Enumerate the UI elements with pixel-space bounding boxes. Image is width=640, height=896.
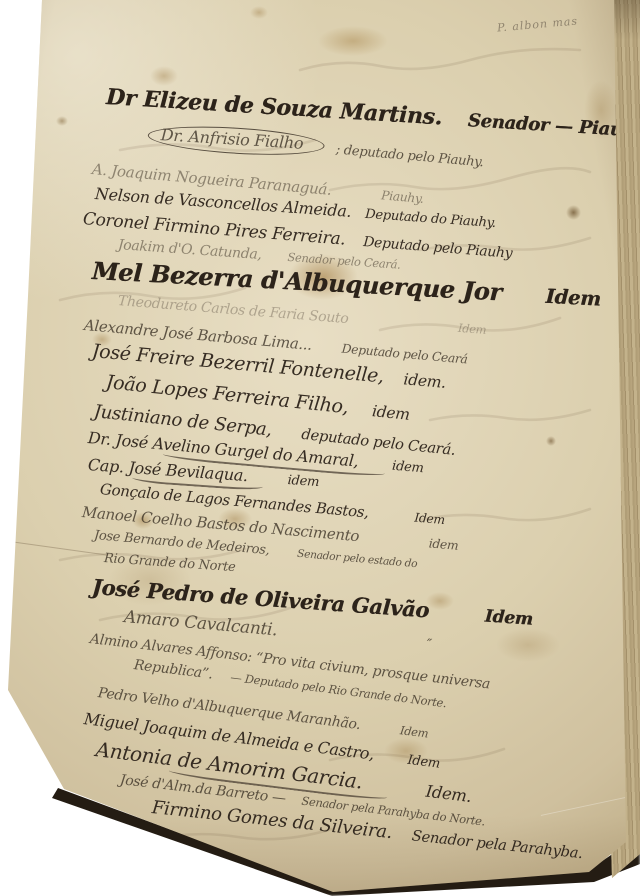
stain bbox=[318, 26, 388, 56]
signatory-name: Republica”. bbox=[133, 657, 214, 683]
signatory-name: Rio Grande do Norte bbox=[103, 551, 235, 575]
signatory-name: Amaro Cavalcanti. bbox=[123, 607, 278, 640]
signatory-title: Idem bbox=[399, 723, 429, 740]
signatory-title: Idem. bbox=[425, 782, 473, 806]
stain bbox=[546, 436, 556, 446]
signatory-title: idem bbox=[287, 473, 320, 490]
paper-crease bbox=[12, 541, 107, 555]
signatory-title: Senador — Piauhy bbox=[467, 110, 640, 142]
signatory-title: idem bbox=[428, 536, 459, 553]
signatory-title: ″ bbox=[426, 637, 432, 653]
signatory-title: Idem bbox=[407, 753, 441, 772]
manuscript-page: P. albon mas Dr Elizeu de Souza Martins.… bbox=[0, 0, 640, 896]
signatory-title: Piauhy. bbox=[381, 188, 425, 206]
signatory-title: Idem bbox=[414, 511, 446, 528]
signatory-title: Idem bbox=[545, 285, 601, 311]
signatory-name: Dr. Anfrisio Fialho bbox=[147, 122, 325, 159]
stain bbox=[566, 205, 581, 220]
signature-line: Rio Grande do Norte bbox=[103, 551, 235, 575]
scanned-manuscript-photo: P. albon mas Dr Elizeu de Souza Martins.… bbox=[0, 0, 640, 896]
signatory-title: idem. bbox=[403, 370, 447, 392]
signatory-title: ; deputado pelo Piauhy. bbox=[335, 142, 484, 170]
paper-crease bbox=[541, 797, 625, 816]
signatory-title: Deputado do Piauhy. bbox=[365, 207, 497, 231]
signatory-title: Senador pelo estado do bbox=[297, 547, 418, 570]
signatory-title: idem bbox=[371, 402, 410, 424]
signatory-title: Idem bbox=[484, 606, 533, 629]
stain bbox=[150, 66, 178, 86]
signatory-title: Senador pela Parahyba. bbox=[411, 827, 583, 862]
corner-pencil-note: P. albon mas bbox=[497, 14, 579, 34]
signatory-title: Idem bbox=[457, 321, 486, 337]
stain bbox=[56, 116, 68, 126]
stain bbox=[250, 6, 268, 19]
signatory-title: idem bbox=[391, 459, 424, 477]
stain bbox=[496, 628, 560, 662]
